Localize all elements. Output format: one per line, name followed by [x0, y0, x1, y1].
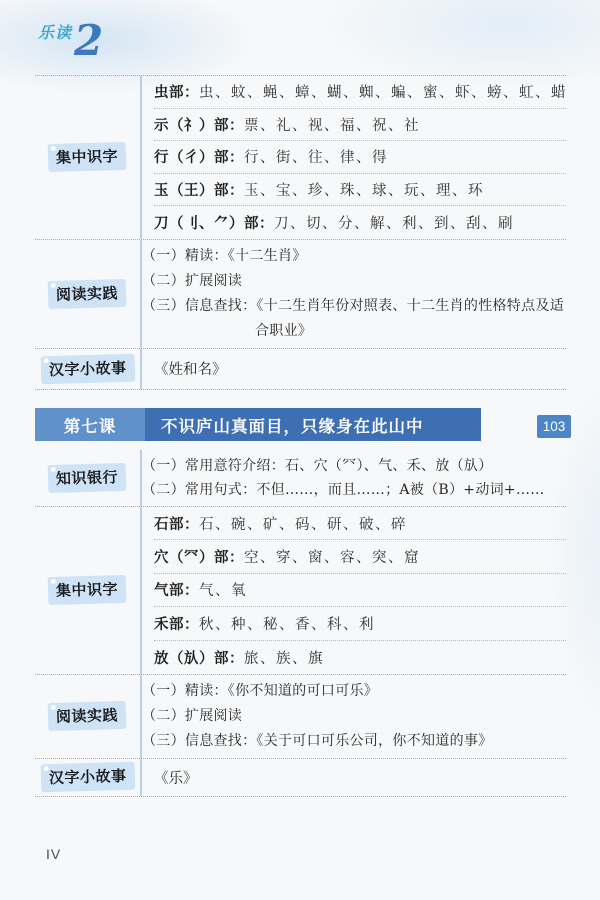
radical-row: 禾部： 秋、种、秘、香、科、利 [154, 607, 566, 640]
radical-prefix: 放（㫃）部： [154, 647, 244, 668]
reading-item: （一）精读：《十二生肖》 [142, 244, 566, 269]
section-label-literacy: 集中识字 [48, 575, 127, 605]
radical-row: 虫部： 虫、蚊、蝇、蟑、蝴、蜘、蝙、蜜、虾、螃、虹、蜡 [154, 76, 566, 109]
radical-prefix: 玉（王）部： [154, 179, 244, 200]
radical-prefix: 气部： [154, 579, 199, 600]
radical-prefix: 示（礻）部： [154, 114, 244, 135]
toc-table-section2: 知识银行 （一）常用意符介绍：石、穴（⺳）、气、禾、放（㫃） （二）常用句式：不… [35, 450, 566, 797]
radical-row: 刀（刂、⺈）部： 刀、切、分、解、利、到、刮、刷 [154, 206, 566, 239]
group-reading-2: 阅读实践 （一）精读：《你不知道的可口可乐》 （二）扩展阅读 （三）信息查找：《… [35, 675, 566, 759]
radical-prefix: 石部： [154, 513, 199, 534]
radical-row: 玉（王）部： 玉、宝、珍、珠、球、玩、理、环 [154, 174, 566, 207]
page-badge: 103 [537, 415, 571, 438]
reading-item: （三）信息查找：《关于可口可乐公司，你不知道的事》 [142, 729, 566, 754]
group-knowledge: 知识银行 （一）常用意符介绍：石、穴（⺳）、气、禾、放（㫃） （二）常用句式：不… [35, 450, 566, 507]
group-story-1: 汉字小故事 《姓和名》 [35, 349, 566, 390]
radical-row: 穴（⺳）部： 空、穿、窗、容、突、窟 [154, 540, 566, 573]
story-title: 《乐》 [140, 759, 566, 796]
group-literacy-1: 集中识字 虫部： 虫、蚊、蝇、蟑、蝴、蜘、蝙、蜜、虾、螃、虹、蜡 示（礻）部： … [35, 76, 566, 240]
radical-characters: 旅、族、旗 [244, 647, 324, 668]
radical-characters: 玉、宝、珍、珠、球、玩、理、环 [244, 179, 484, 200]
textbook-page: 乐读 2 集中识字 虫部： 虫、蚊、蝇、蟑、蝴、蜘、蝙、蜜、虾、螃、虹、蜡 示（… [0, 0, 600, 900]
radical-characters: 石、碗、矿、码、研、破、碎 [199, 513, 407, 534]
story-title: 《姓和名》 [140, 349, 566, 389]
lesson-number: 第七课 [35, 408, 145, 441]
lesson-title: 不识庐山真面目，只缘身在此山中 [145, 408, 481, 441]
section-label-story: 汉字小故事 [40, 353, 134, 384]
radical-characters: 虫、蚊、蝇、蟑、蝴、蜘、蝙、蜜、虾、螃、虹、蜡 [199, 81, 567, 102]
reading-item: （二）扩展阅读 [142, 704, 566, 729]
page-number: IV [46, 846, 61, 862]
radical-prefix: 虫部： [154, 81, 199, 102]
radical-prefix: 穴（⺳）部： [154, 546, 244, 567]
reading-item: （一）精读：《你不知道的可口可乐》 [142, 679, 566, 704]
section-label-reading: 阅读实践 [48, 278, 127, 308]
logo-number: 2 [74, 20, 103, 62]
radical-prefix: 刀（刂、⺈）部： [154, 212, 274, 233]
reading-item: （二）扩展阅读 [142, 269, 566, 294]
brand-logo: 乐读 2 [38, 16, 103, 58]
radical-characters: 刀、切、分、解、利、到、刮、刷 [274, 212, 514, 233]
radical-row: 示（礻）部： 票、礼、视、福、祝、社 [154, 109, 566, 142]
knowledge-item: （一）常用意符介绍：石、穴（⺳）、气、禾、放（㫃） [142, 454, 566, 478]
knowledge-item: （二）常用句式：不但……，而且……；A被（B）+动词+…… [142, 478, 566, 502]
section-label-knowledge: 知识银行 [48, 463, 127, 493]
radical-characters: 票、礼、视、福、祝、社 [244, 114, 420, 135]
section-label-reading: 阅读实践 [48, 701, 127, 731]
group-literacy-2: 集中识字 石部： 石、碗、矿、码、研、破、碎 穴（⺳）部： 空、穿、窗、容、突、… [35, 507, 566, 675]
toc-table-section1: 集中识字 虫部： 虫、蚊、蝇、蟑、蝴、蜘、蝙、蜜、虾、螃、虹、蜡 示（礻）部： … [35, 75, 566, 390]
radical-row: 石部： 石、碗、矿、码、研、破、碎 [154, 507, 566, 540]
radical-row: 行（彳）部： 行、街、往、律、得 [154, 141, 566, 174]
group-reading-1: 阅读实践 （一）精读：《十二生肖》 （二）扩展阅读 （三）信息查找：《十二生肖年… [35, 240, 566, 349]
logo-text: 乐读 [38, 20, 72, 43]
radical-prefix: 行（彳）部： [154, 146, 244, 167]
section-label-story: 汉字小故事 [40, 762, 134, 793]
radical-row: 放（㫃）部： 旅、族、旗 [154, 641, 566, 674]
radical-row: 气部： 气、氧 [154, 574, 566, 607]
radical-characters: 气、氧 [199, 579, 247, 600]
radical-characters: 空、穿、窗、容、突、窟 [244, 546, 420, 567]
radical-characters: 行、街、往、律、得 [244, 146, 388, 167]
group-story-2: 汉字小故事 《乐》 [35, 759, 566, 797]
radical-prefix: 禾部： [154, 613, 199, 634]
radical-characters: 秋、种、秘、香、科、利 [199, 613, 375, 634]
section-label-literacy: 集中识字 [48, 142, 127, 172]
lesson-header-bar: 第七课 不识庐山真面目，只缘身在此山中 [35, 408, 481, 441]
reading-item: （三）信息查找：《十二生肖年份对照表、十二生肖的性格特点及适合职业》 [142, 294, 566, 344]
